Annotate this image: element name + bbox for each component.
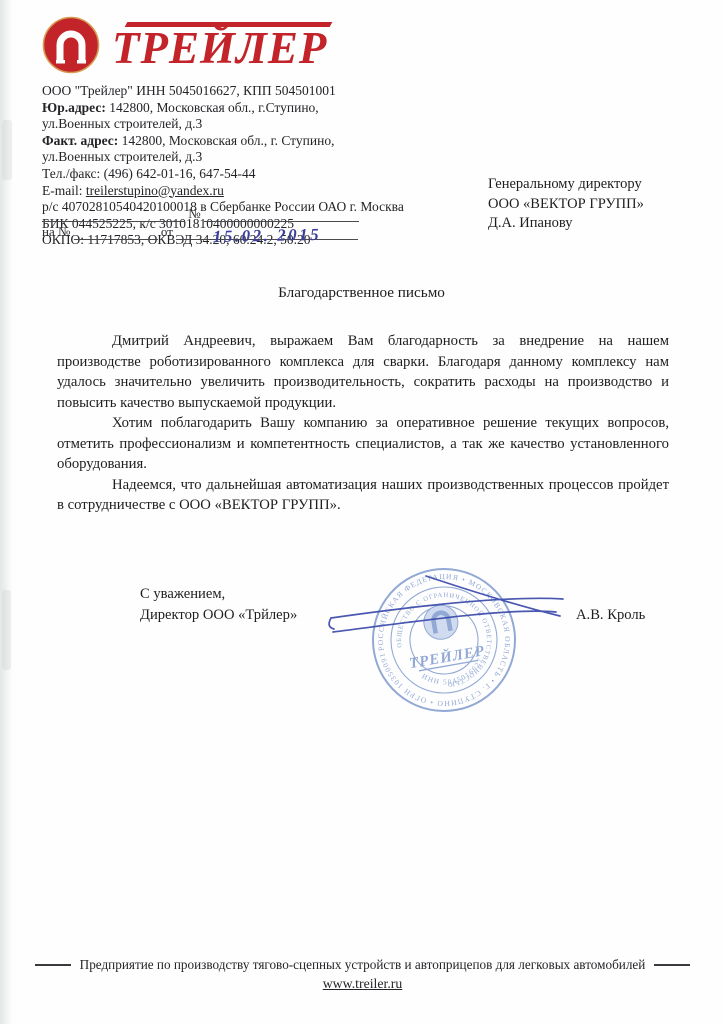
pen-signature <box>318 552 580 682</box>
company-line: ООО "Трейлер" ИНН 5045016627, КПП 504501… <box>42 83 472 100</box>
company-logo: ТРЕЙЛЕР <box>42 16 327 74</box>
footer-tagline: Предприятие по производству тягово-сцепн… <box>80 957 646 973</box>
email-link[interactable]: treilerstupino@yandex.ru <box>86 183 224 198</box>
paragraph-3: Надеемся, что дальнейшая автоматизация н… <box>57 475 669 516</box>
reply-number-blank <box>74 224 158 240</box>
handwritten-date: 15.02. 2015 <box>176 224 358 248</box>
paragraph-1: Дмитрий Андреевич, выражаем Вам благодар… <box>57 331 669 413</box>
footer-rule-left <box>35 964 71 965</box>
legal-address-value: 142800, Московская обл., г.Ступино, <box>109 100 318 115</box>
reference-block: № на № от 15.02. 2015 <box>42 206 372 242</box>
footer-tagline-row: Предприятие по производству тягово-сцепн… <box>35 957 690 973</box>
closing-block: С уважением, Директор ООО «Трйлер» <box>140 584 297 625</box>
closing-line2: Директор ООО «Трйлер» <box>140 605 297 626</box>
brand-wordmark: ТРЕЙЛЕР <box>112 20 327 71</box>
footer-rule-right <box>654 964 690 965</box>
on-number-label: на № <box>42 224 70 239</box>
letter-body: Дмитрий Андреевич, выражаем Вам благодар… <box>57 331 669 516</box>
phone-line: Тел./факс: (496) 642-01-16, 647-54-44 <box>42 166 472 183</box>
website-link[interactable]: www.treiler.ru <box>323 976 403 991</box>
recipient-title: Генеральному директору <box>488 175 644 195</box>
fact-address-value: 142800, Московская обл., г. Ступино, <box>122 133 335 148</box>
footer-site-row: www.treiler.ru <box>35 976 690 992</box>
fact-address-label: Факт. адрес: <box>42 133 118 148</box>
recipient-block: Генеральному директору ООО «ВЕКТОР ГРУПП… <box>488 175 644 234</box>
email-line: E-mail: treilerstupino@yandex.ru <box>42 183 472 200</box>
letter-title: Благодарственное письмо <box>0 284 723 302</box>
paragraph-2: Хотим поблагодарить Вашу компанию за опе… <box>57 413 669 475</box>
fact-address-line2: ул.Военных строителей, д.3 <box>42 149 472 166</box>
footer: Предприятие по производству тягово-сцепн… <box>35 957 690 992</box>
number-label: № <box>188 206 200 221</box>
from-label: от <box>161 224 173 239</box>
scan-blotch <box>2 590 11 670</box>
fact-address-line: Факт. адрес: 142800, Московская обл., г.… <box>42 133 472 150</box>
tow-hitch-logo-icon <box>42 16 100 74</box>
signer-name: А.В. Кроль <box>576 607 645 624</box>
number-blank-line <box>42 206 185 222</box>
email-label: E-mail: <box>42 183 83 198</box>
number-blank-line2 <box>204 206 359 222</box>
recipient-company: ООО «ВЕКТОР ГРУПП» <box>488 195 644 215</box>
reply-to-row: на № от 15.02. 2015 <box>42 224 372 242</box>
legal-address-line: Юр.адрес: 142800, Московская обл., г.Сту… <box>42 100 472 117</box>
legal-address-line2: ул.Военных строителей, д.3 <box>42 116 472 133</box>
recipient-name: Д.А. Ипанову <box>488 214 644 234</box>
outgoing-number-row: № <box>42 206 372 224</box>
legal-address-label: Юр.адрес: <box>42 100 106 115</box>
scanned-letter-page: ТРЕЙЛЕР ООО "Трейлер" ИНН 5045016627, КП… <box>0 0 723 1024</box>
scan-blotch <box>2 120 12 180</box>
date-blank-line: 15.02. 2015 <box>176 224 358 240</box>
closing-line1: С уважением, <box>140 584 297 605</box>
